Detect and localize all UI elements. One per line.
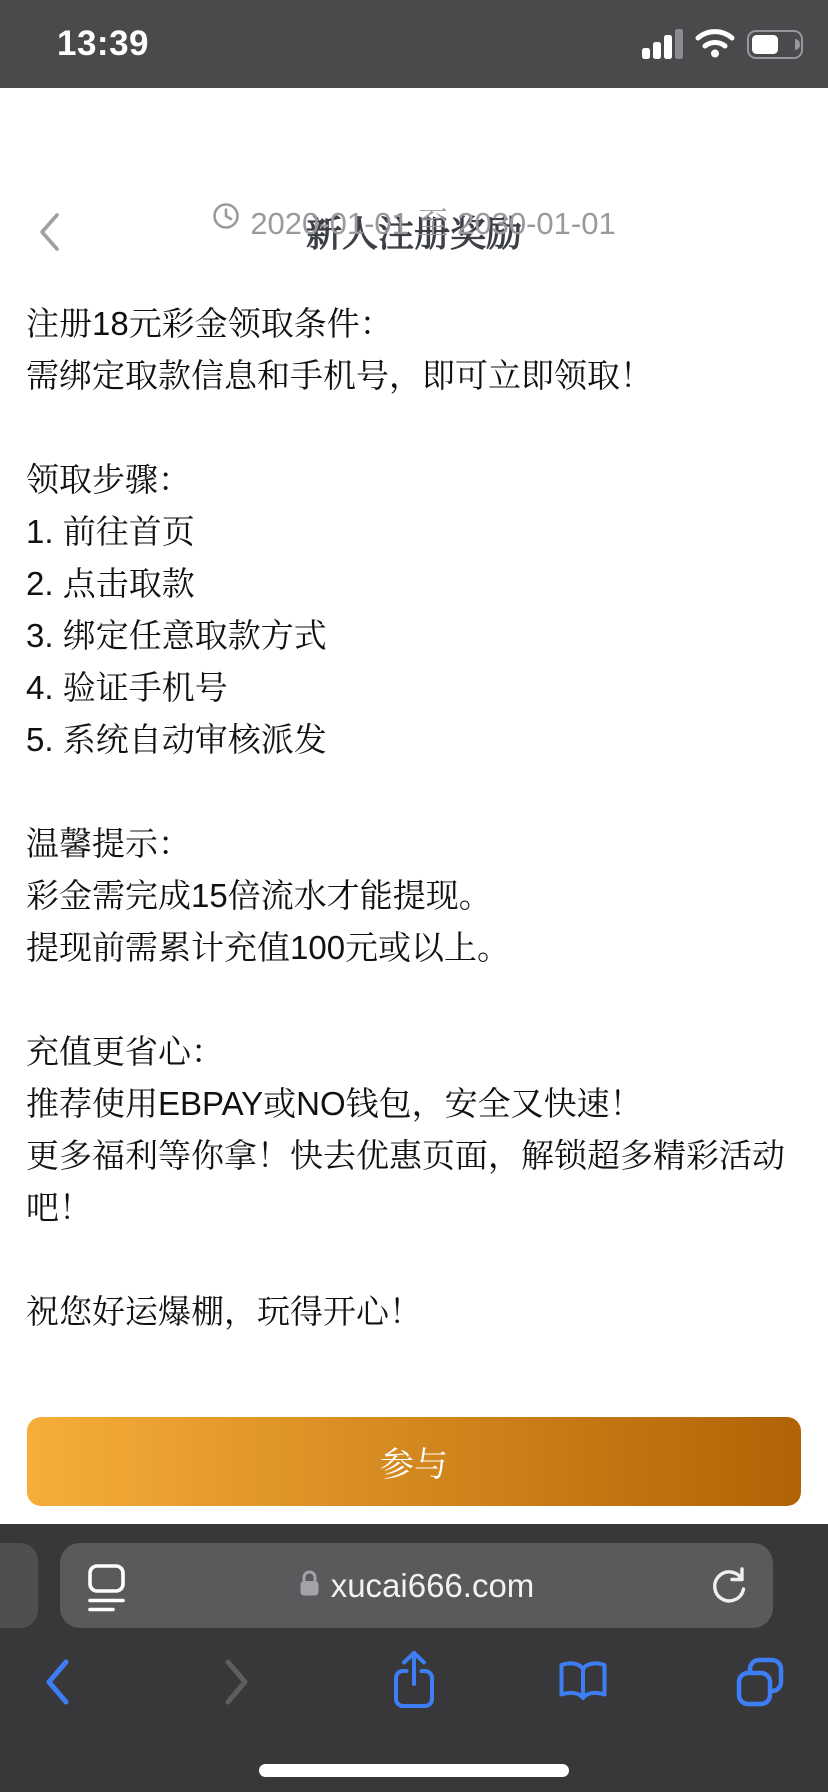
promo-date-range: 2020-01-01 至 2030-01-01 xyxy=(250,198,615,243)
status-bar: 13:39 xyxy=(0,0,828,88)
lock-icon xyxy=(299,1567,320,1605)
promo-paragraph: 温馨提示： 彩金需完成15倍流水才能提现。 提现前需累计充值100元或以上。 xyxy=(26,818,802,974)
address-bar[interactable]: xucai666.com xyxy=(60,1543,773,1628)
bookmarks-icon[interactable] xyxy=(556,1659,610,1705)
promo-text-line: 4. 验证手机号 xyxy=(26,662,802,714)
promo-text-line: 更多福利等你拿！快去优惠页面，解锁超多精彩活动吧！ xyxy=(26,1130,802,1234)
promo-text-line: 提现前需累计充值100元或以上。 xyxy=(26,922,802,974)
promo-text-line: 2. 点击取款 xyxy=(26,558,802,610)
browser-back-icon[interactable] xyxy=(41,1656,73,1708)
battery-icon xyxy=(747,30,800,59)
clock-icon xyxy=(212,202,240,238)
home-indicator[interactable] xyxy=(259,1764,569,1777)
promo-date-row: 2020-01-01 至 2030-01-01 xyxy=(0,198,828,242)
status-time: 13:39 xyxy=(57,0,149,88)
promo-content: 注册18元彩金领取条件： 需绑定取款信息和手机号，即可立即领取！ 领取步骤： 1… xyxy=(26,298,802,1338)
promo-text-line: 3. 绑定任意取款方式 xyxy=(26,610,802,662)
promo-text-line: 彩金需完成15倍流水才能提现。 xyxy=(26,870,802,922)
share-icon[interactable] xyxy=(390,1649,438,1711)
promo-paragraph: 充值更省心： 推荐使用EBPAY或NO钱包，安全又快速！ 更多福利等你拿！快去优… xyxy=(26,1026,802,1234)
promo-text-line: 需绑定取款信息和手机号，即可立即领取！ xyxy=(26,350,802,402)
browser-forward-icon[interactable] xyxy=(221,1656,253,1708)
wifi-icon xyxy=(694,26,736,63)
url-display: xucai666.com xyxy=(60,1543,773,1628)
promo-text-line: 充值更省心： xyxy=(26,1026,802,1078)
reload-icon[interactable] xyxy=(709,1543,749,1628)
promo-text-line: 注册18元彩金领取条件： xyxy=(26,298,802,350)
promo-paragraph: 注册18元彩金领取条件： 需绑定取款信息和手机号，即可立即领取！ xyxy=(26,298,802,402)
page-header: 新人注册奖励 xyxy=(0,88,828,198)
promo-text-line: 祝您好运爆棚，玩得开心！ xyxy=(26,1286,802,1338)
join-button[interactable]: 参与 xyxy=(27,1417,801,1506)
url-text: xucai666.com xyxy=(331,1567,535,1605)
promo-paragraph: 领取步骤： 1. 前往首页 2. 点击取款 3. 绑定任意取款方式 4. 验证手… xyxy=(26,454,802,766)
promo-text-line: 领取步骤： xyxy=(26,454,802,506)
iphone-screen: 13:39 xyxy=(0,0,828,1792)
cellular-signal-icon xyxy=(642,29,683,59)
promo-text-line: 推荐使用EBPAY或NO钱包，安全又快速！ xyxy=(26,1078,802,1130)
promo-text-line: 1. 前往首页 xyxy=(26,506,802,558)
promo-paragraph: 祝您好运爆棚，玩得开心！ xyxy=(26,1286,802,1338)
status-icons xyxy=(642,0,800,88)
promo-text-line: 温馨提示： xyxy=(26,818,802,870)
previous-tab-peek[interactable] xyxy=(0,1543,38,1628)
tabs-icon[interactable] xyxy=(733,1655,787,1709)
browser-chrome: xucai666.com xyxy=(0,1524,828,1792)
promo-text-line: 5. 系统自动审核派发 xyxy=(26,714,802,766)
